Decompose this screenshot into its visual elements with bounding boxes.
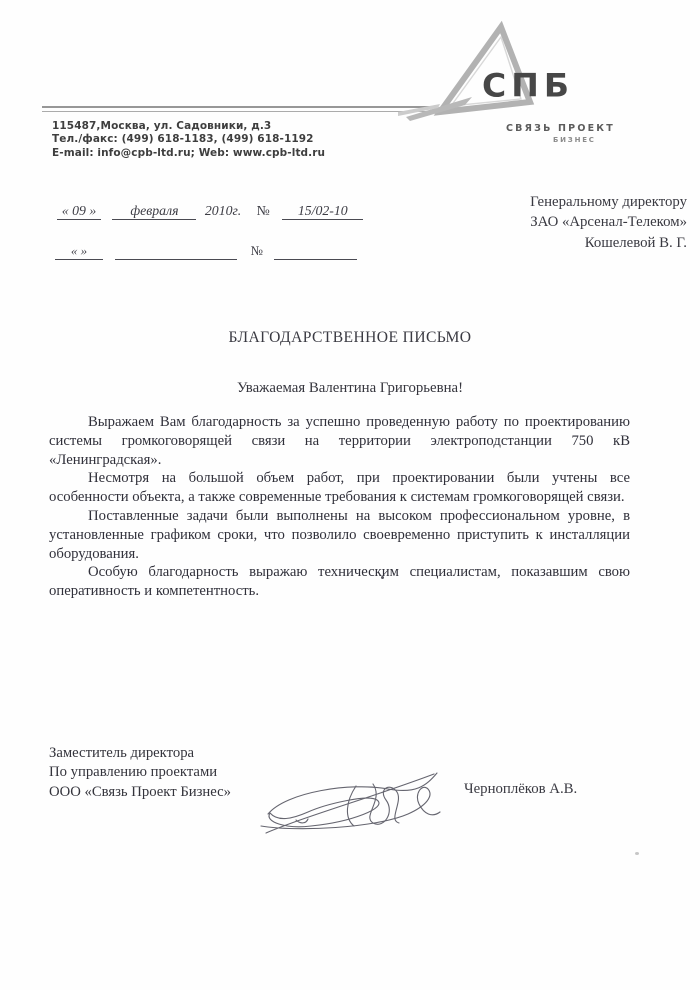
signatory-name: Черноплёков А.В. — [464, 781, 577, 798]
blank-number-field — [274, 243, 357, 260]
blank-day-field: « » — [55, 243, 103, 260]
document-number-field: 15/02-10 — [282, 203, 363, 220]
company-address-block: 115487,Москва, ул. Садовники, д.3 Тел./ф… — [52, 120, 325, 160]
date-year: 2010г. — [205, 203, 241, 219]
reference-row-filled: « 09 » февраля 2010г. № 15/02-10 — [57, 203, 363, 220]
header-divider-rule — [42, 106, 433, 112]
blank-month-field — [115, 243, 237, 260]
letter-body: Выражаем Вам благодарность за успешно пр… — [49, 413, 630, 601]
phone-line: Тел./факс: (499) 618-1183, (499) 618-119… — [52, 133, 325, 146]
recipient-company: ЗАО «Арсенал-Телеком» — [530, 212, 687, 232]
salutation-line: Уважаемая Валентина Григорьевна! — [0, 380, 700, 397]
signatory-position-line: Заместитель директора — [49, 744, 231, 763]
email-web-line: E-mail: info@cpb-ltd.ru; Web: www.cpb-lt… — [52, 147, 325, 160]
recipient-name: Кошелевой В. Г. — [530, 233, 687, 253]
date-day-field: « 09 » — [57, 203, 101, 220]
body-paragraph: Несмотря на большой объем работ, при про… — [49, 469, 630, 507]
signatory-block: Заместитель директора По управлению прое… — [49, 744, 231, 802]
numero-sign: № — [251, 243, 263, 259]
handwritten-signature — [256, 756, 446, 838]
logo-acronym-text: СПБ — [482, 67, 602, 104]
address-line: 115487,Москва, ул. Садовники, д.3 — [52, 120, 325, 133]
signatory-position-line: По управлению проектами — [49, 763, 231, 782]
scan-speck — [381, 576, 384, 579]
body-paragraph: Особую благодарность выражаю техническим… — [49, 563, 630, 601]
scan-speck — [635, 852, 639, 855]
recipient-position: Генеральному директору — [530, 192, 687, 212]
date-month-field: февраля — [112, 203, 196, 220]
letter-title: БЛАГОДАРСТВЕННОЕ ПИСЬМО — [0, 329, 700, 347]
recipient-block: Генеральному директору ЗАО «Арсенал-Теле… — [530, 192, 687, 253]
numero-sign: № — [257, 203, 270, 219]
body-paragraph: Выражаем Вам благодарность за успешно пр… — [49, 413, 630, 469]
signatory-company-line: ООО «Связь Проект Бизнес» — [49, 783, 231, 802]
logo-subtitle: СВЯЗЬ ПРОЕКТ — [506, 123, 615, 134]
reference-row-blank: « » № — [55, 243, 357, 260]
logo-subtitle-small: БИЗНЕС — [553, 136, 596, 144]
scanned-letter-page: СПБ СВЯЗЬ ПРОЕКТ БИЗНЕС 115487,Москва, у… — [0, 0, 700, 990]
body-paragraph: Поставленные задачи были выполнены на вы… — [49, 507, 630, 563]
